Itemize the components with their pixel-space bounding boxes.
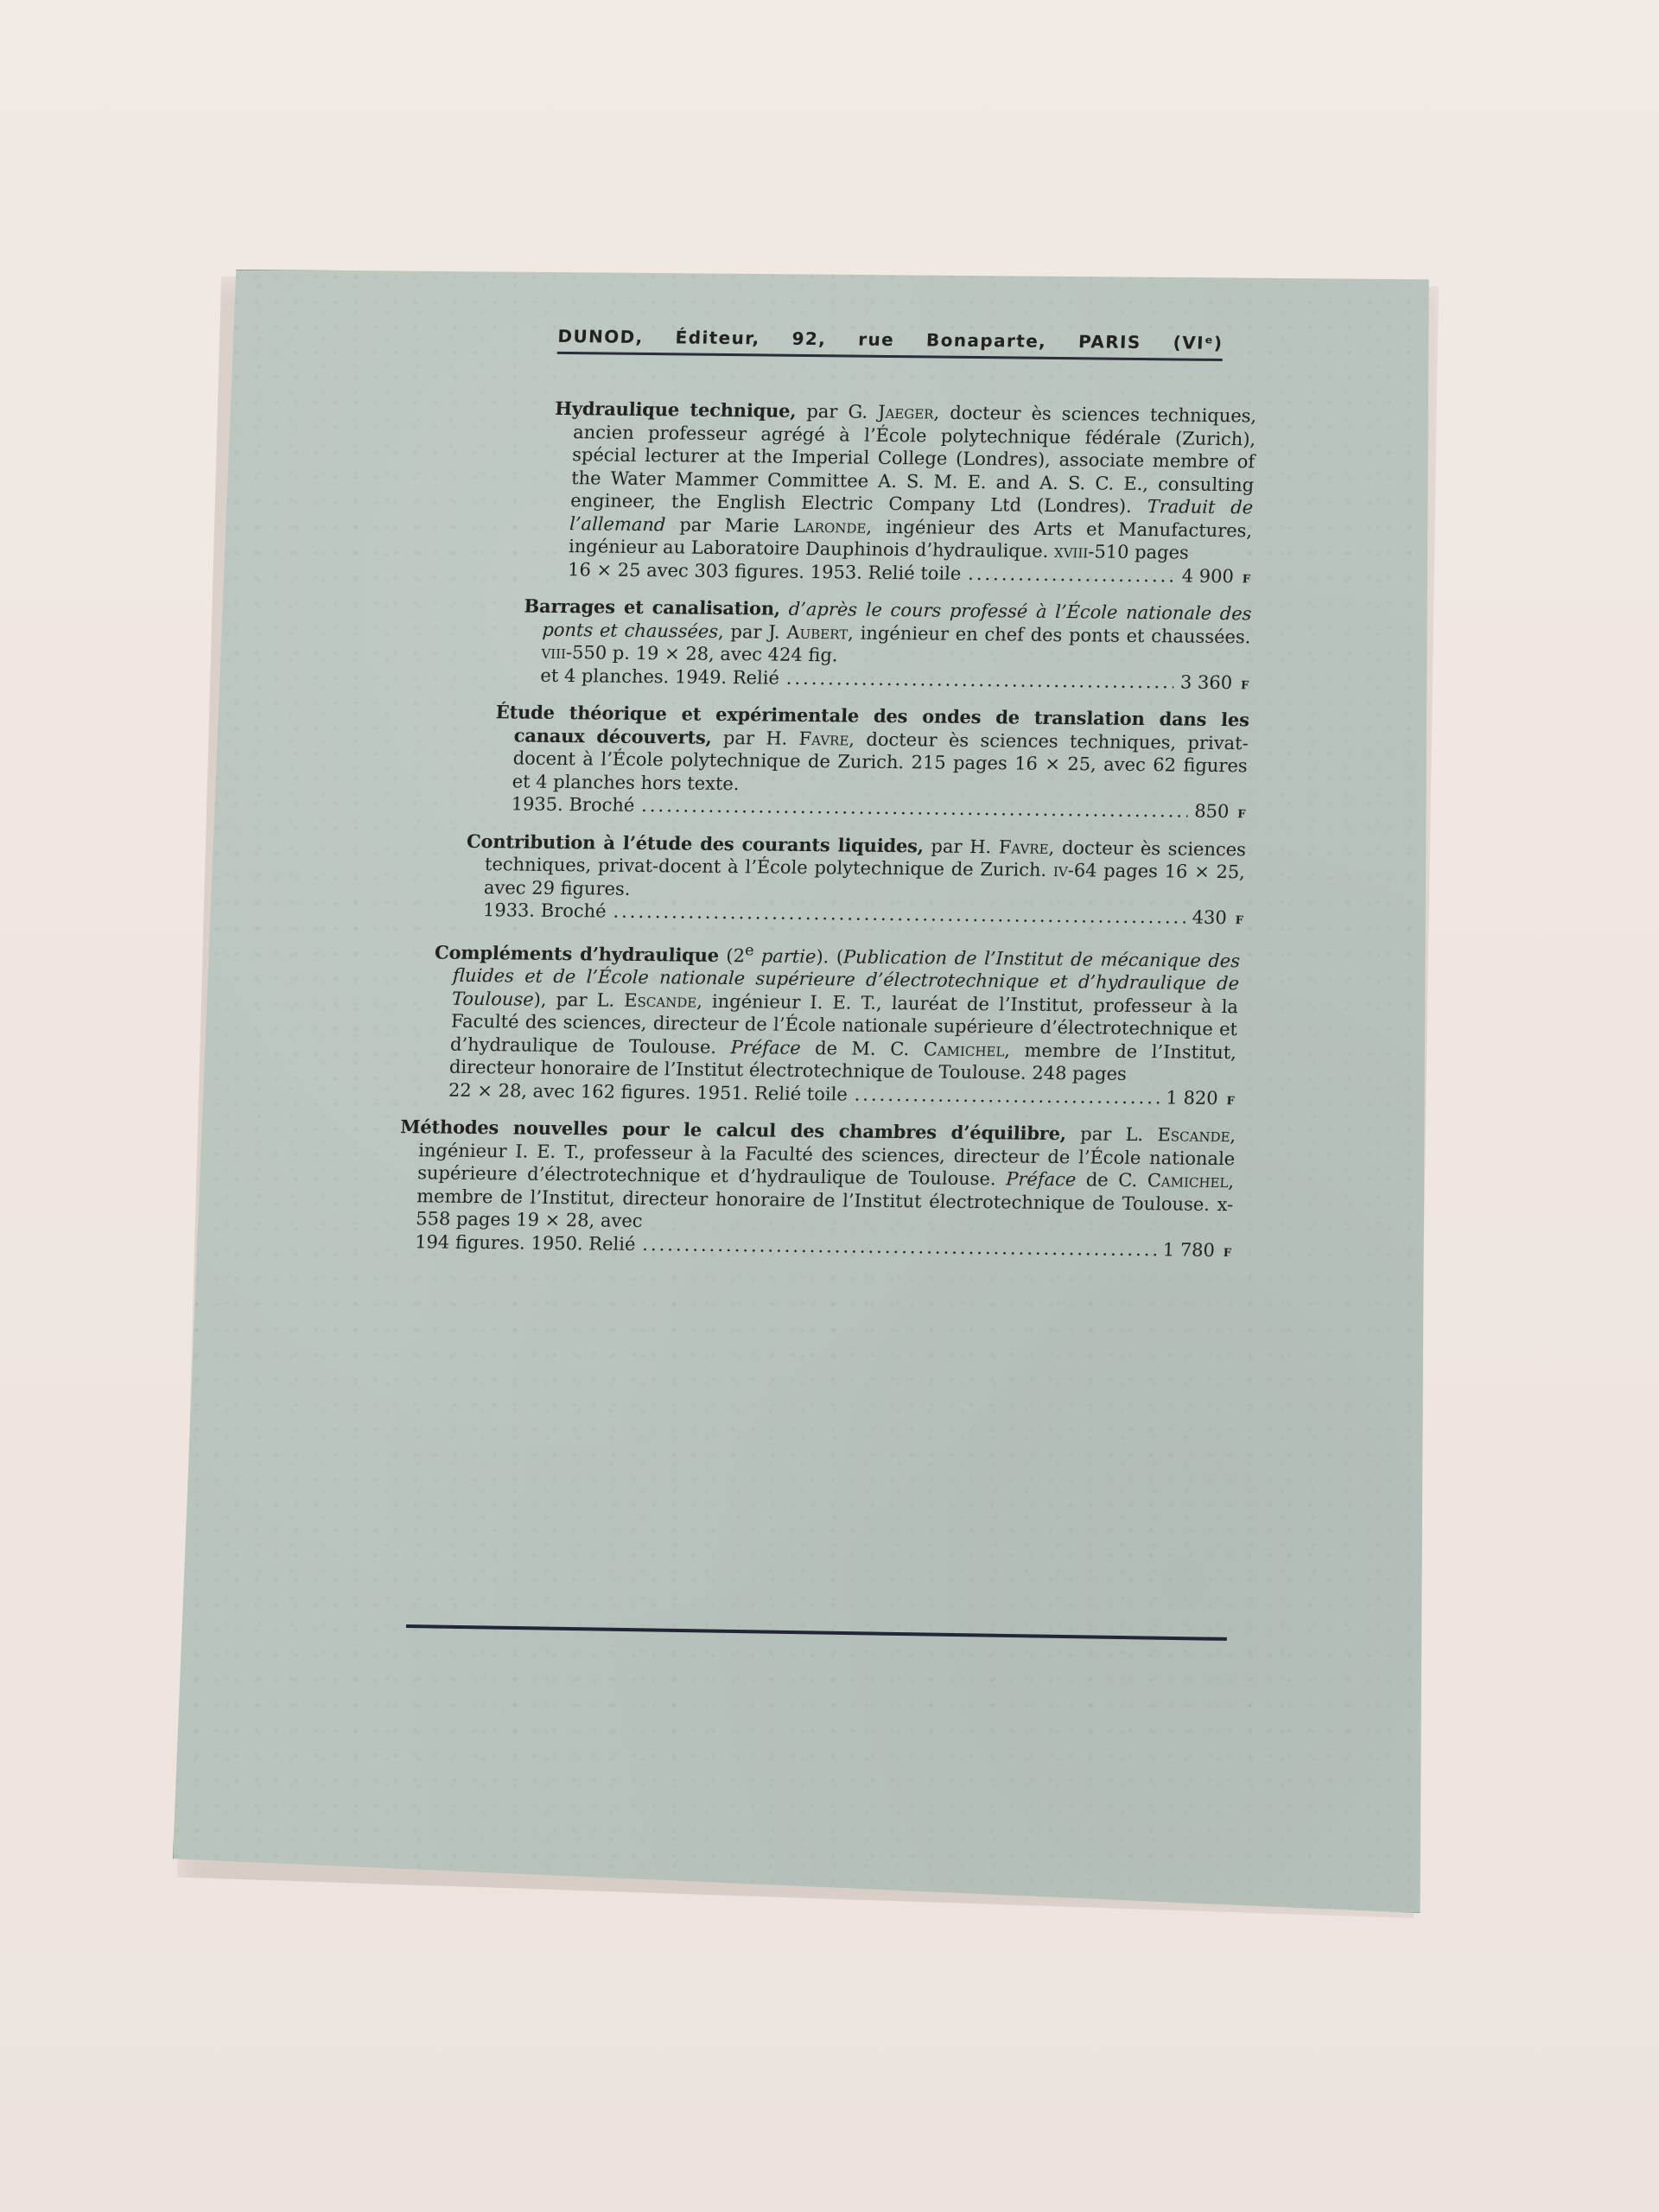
currency-label: F [1226,1095,1235,1108]
entry-price: 430F [1192,906,1243,933]
leader-dots [854,1083,1160,1109]
currency-label: F [1237,808,1246,821]
leader-dots [613,900,1185,929]
entry-price: 850F [1194,800,1246,827]
entry-description: Barrages et canalisation, d’après le cou… [541,595,1252,671]
book-entry: Méthodes nouvelles pour le calcul des ch… [396,1116,1236,1265]
entry-final-line: 16 × 25 avec 303 figures. 1953. Relié to… [568,558,962,585]
entry-title: Compléments d’hydraulique [435,941,720,965]
entry-title: Contribution à l’étude des courants liqu… [467,829,925,856]
entry-final-line: 1933. Broché [482,899,607,923]
book-entry: Barrages et canalisation, d’après le cou… [521,595,1252,698]
entry-final-line: 1935. Broché [511,792,635,817]
leader-dots [785,666,1173,693]
entry-price: 3 360F [1179,671,1249,697]
entry-body: par G. Jaeger, docteur ès sciences techn… [569,401,1257,563]
currency-label: F [1235,914,1243,927]
entry-final-line: et 4 planches. 1949. Relié [540,664,780,689]
leader-dots [968,562,1175,587]
entry-price: 1 780F [1162,1238,1232,1265]
entry-description: Méthodes nouvelles pour le calcul des ch… [416,1116,1236,1238]
leader-dots [641,794,1188,823]
entry-price: 4 900F [1181,564,1251,591]
book-entry: Étude théorique et expérimentale des ond… [492,701,1249,827]
entry-body: (2e partie). (Publication de l’Institut … [449,944,1241,1084]
currency-label: F [1241,679,1249,692]
cover-text: DUNOD, Éditeur, 92, rue Bonaparte, PARIS… [353,324,1262,1276]
book-entry: Compléments d’hydraulique (2e partie). (… [429,936,1240,1113]
leader-dots [642,1233,1156,1262]
entry-description: Étude théorique et expérimentale des ond… [512,701,1249,800]
entry-description: Contribution à l’étude des courants liqu… [483,830,1246,907]
book-list: Hydraulique technique, par G. Jaeger, do… [354,396,1260,1265]
entry-description: Hydraulique technique, par G. Jaeger, do… [569,397,1257,565]
entry-title: Hydraulique technique, [555,397,797,422]
entry-description: Compléments d’hydraulique (2e partie). (… [448,936,1240,1086]
publisher-header: DUNOD, Éditeur, 92, rue Bonaparte, PARIS… [557,326,1224,361]
book-entry: Contribution à l’étude des courants liqu… [463,829,1246,932]
entry-final-line: 22 × 28, avec 162 figures. 1951. Relié t… [448,1078,848,1105]
currency-label: F [1242,573,1250,586]
entry-final-line: 194 figures. 1950. Relié [415,1230,636,1255]
entry-price: 1 820F [1166,1086,1236,1113]
entry-title: Barrages et canalisation, [524,595,781,620]
currency-label: F [1224,1247,1232,1260]
book-entry: Hydraulique technique, par G. Jaeger, do… [549,397,1257,591]
